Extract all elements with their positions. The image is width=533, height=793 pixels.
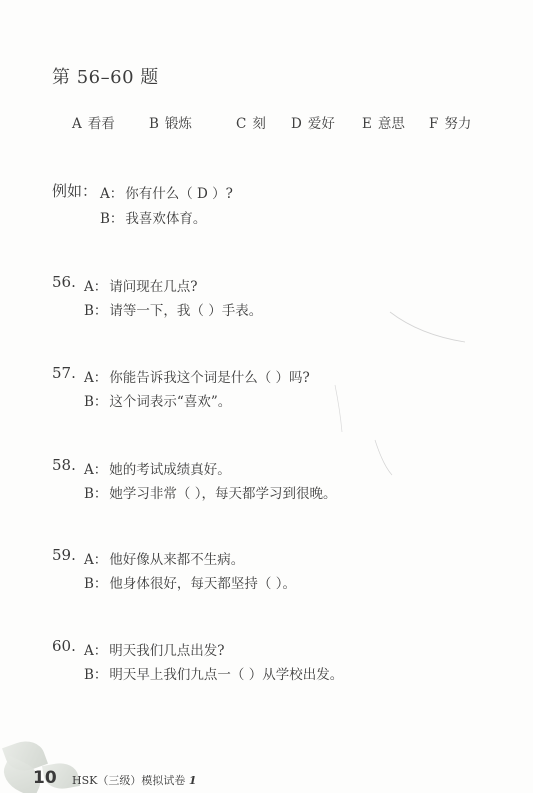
page-number: 10 — [33, 768, 57, 788]
exam-page: 第 56–60 题 A看看 B锻炼 C刻 D爱好 E意思 F努力 例如： A：你… — [0, 0, 533, 793]
book-title-text: HSK（三级）模拟试卷 — [72, 774, 185, 787]
volume-number: 1 — [189, 774, 197, 787]
pencil-marks — [0, 0, 533, 793]
book-title: HSK（三级）模拟试卷 1 — [72, 772, 197, 788]
page-footer: 10 HSK（三级）模拟试卷 1 — [0, 735, 533, 793]
